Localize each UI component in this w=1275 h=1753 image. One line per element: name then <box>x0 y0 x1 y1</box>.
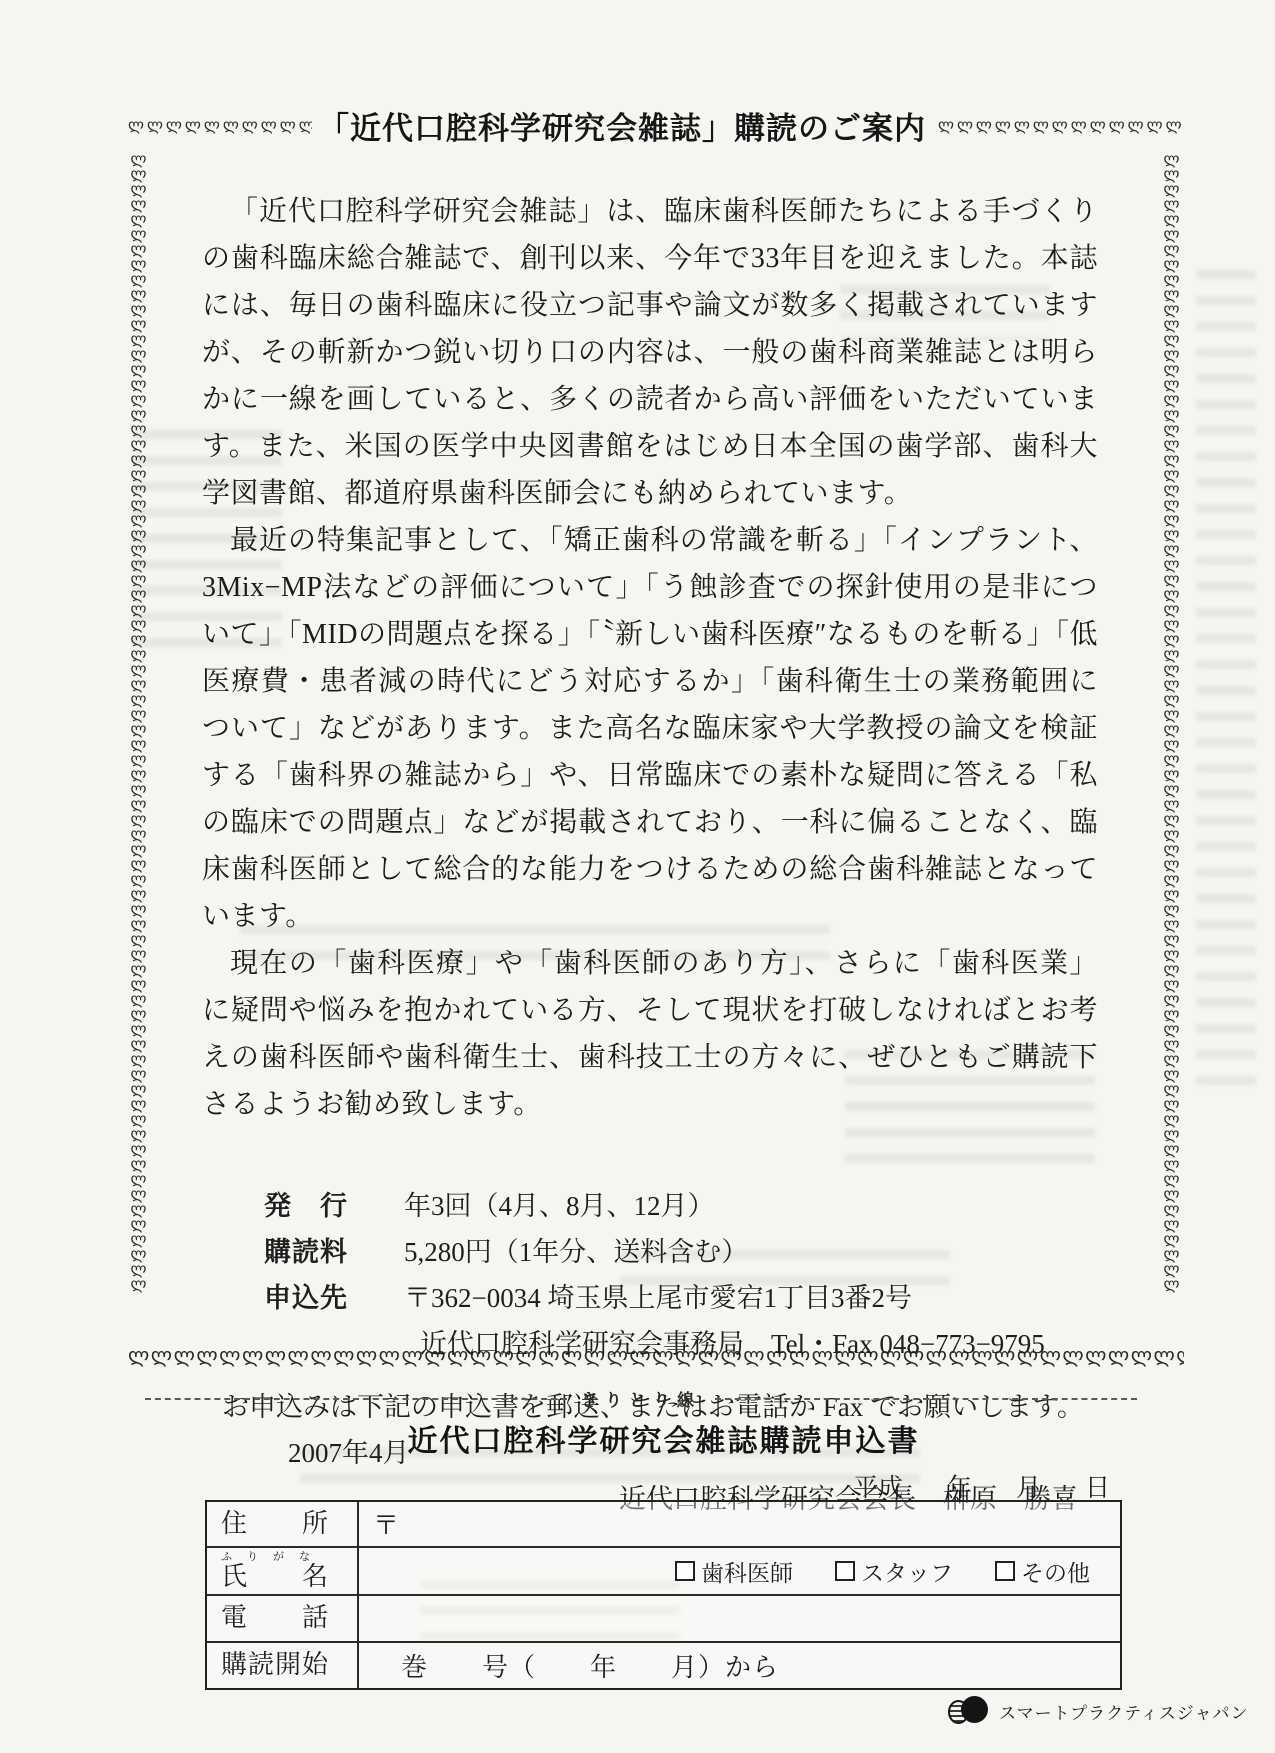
notice-title-row: ლლლლლლლლლლლლ 「近代口腔科学研究会雑誌」購読のご案内 ლლლლლლლ… <box>128 100 1184 150</box>
checkbox-label-staff: スタッフ <box>861 1555 953 1588</box>
cut-here-line: きりとり線 <box>145 1386 1137 1411</box>
info-row-application-address: 申込先〒362−0034 埼玉県上尾市愛宕1丁目3番2号 <box>264 1275 1098 1321</box>
row-header-name: ふ り が な 氏 名 <box>207 1548 359 1594</box>
checkbox-other[interactable] <box>995 1561 1015 1581</box>
info-row-subscription-fee: 購読料5,280円（1年分、送料含む） <box>264 1229 1098 1275</box>
table-row-subscription-start: 購読開始 巻 号（ 年 月）から <box>207 1641 1120 1688</box>
option-dentist: 歯科医師 <box>675 1555 793 1588</box>
info-value: 年3回（4月、8月、12月） <box>404 1191 715 1221</box>
day-label: 日 <box>1085 1468 1110 1504</box>
scanned-subscription-notice: { "doc": { "title": "「近代口腔科学研究会雑誌」購読のご案内… <box>0 0 1275 1753</box>
ornament-border-top-left: ლლლლლლლლლლლლ <box>128 116 312 134</box>
subscription-start-label: 購読開始 <box>221 1651 343 1680</box>
dashed-line-right <box>715 1398 1137 1400</box>
brand-footer: スマートプラクティスジャパン <box>948 1696 1248 1726</box>
subscription-notice-box: ლლლლლლლლლლლლ 「近代口腔科学研究会雑誌」購読のご案内 ლლლლლლლ… <box>128 100 1184 1372</box>
subscription-start-input-area[interactable]: 巻 号（ 年 月）から <box>359 1643 1120 1688</box>
table-row-address: 住 所 〒 <box>207 1502 1120 1546</box>
scan-bleed-artifact <box>1196 270 1256 1090</box>
phone-input-area[interactable] <box>359 1596 1120 1641</box>
table-row-name: ふ り が な 氏 名 歯科医師 スタッフ その他 <box>207 1546 1120 1594</box>
year-label: 年 <box>947 1468 972 1504</box>
info-label: 発 行 <box>264 1183 360 1229</box>
office-contact-text: 近代口腔科学研究会事務局 Tel・Fax 048−773−9795 <box>420 1329 1045 1359</box>
address-input-area[interactable]: 〒 <box>359 1502 1120 1546</box>
info-row-office-contact: 近代口腔科学研究会事務局 Tel・Fax 048−773−9795 <box>264 1321 1098 1367</box>
brand-name: スマートプラクティスジャパン <box>999 1699 1248 1724</box>
paragraph-introduction: 「近代口腔科学研究会雑誌」は、臨床歯科医師たちによる手づくりの歯科臨床総合雑誌で… <box>202 188 1098 517</box>
checkbox-label-other: その他 <box>1021 1555 1090 1588</box>
month-label: 月 <box>1016 1468 1041 1504</box>
name-input-area[interactable]: 歯科医師 スタッフ その他 <box>359 1548 1120 1594</box>
application-form-table: 住 所 〒 ふ り が な 氏 名 歯科医師 スタッフ その他 <box>205 1500 1122 1690</box>
black-circle-glyph <box>961 1696 988 1723</box>
paragraph-featured-articles: 最近の特集記事として、「矯正歯科の常識を斬る」「インプラント、3Mix−MP法な… <box>202 517 1098 940</box>
info-value: 5,280円（1年分、送料含む） <box>404 1237 748 1267</box>
publication-info: 発 行年3回（4月、8月、12月） 購読料5,280円（1年分、送料含む） 申込… <box>264 1183 1098 1367</box>
notice-body: 「近代口腔科学研究会雑誌」は、臨床歯科医師たちによる手づくりの歯科臨床総合雑誌で… <box>202 188 1098 1522</box>
page-title: 「近代口腔科学研究会雑誌」購読のご案内 <box>312 103 938 148</box>
dashed-line-left <box>145 1398 567 1400</box>
form-date-fields: 平成 年 月 日 <box>205 1468 1110 1504</box>
volume-issue-template: 巻 号（ 年 月）から <box>401 1647 779 1684</box>
checkbox-staff[interactable] <box>835 1561 855 1581</box>
postal-mark: 〒 <box>373 1505 399 1542</box>
option-staff: スタッフ <box>835 1555 953 1588</box>
cut-here-label: きりとり線 <box>567 1386 715 1411</box>
paragraph-recommendation: 現在の「歯科医療」や「歯科医師のあり方」、さらに「歯科医業」に疑問や悩みを抱かれ… <box>202 940 1098 1128</box>
option-other: その他 <box>995 1555 1090 1588</box>
furigana-label: ふ り が な <box>221 1551 343 1563</box>
checkbox-dentist[interactable] <box>675 1561 695 1581</box>
row-header-address: 住 所 <box>207 1502 359 1546</box>
address-label: 住 所 <box>221 1510 343 1539</box>
ornament-border-top-right: ლლლლლლლლლლლლლლლლლლ <box>938 116 1184 134</box>
info-label: 申込先 <box>264 1275 360 1321</box>
info-label: 購読料 <box>264 1229 360 1275</box>
name-label: 氏 名 <box>221 1563 343 1592</box>
info-value: 〒362−0034 埼玉県上尾市愛宕1丁目3番2号 <box>404 1283 912 1313</box>
ornament-border-left: ლლლლლლლლლლლლლლლლლლლლლლლლლლლლლლლლლლლლლლლლ… <box>130 152 147 1342</box>
row-header-subscription-start: 購読開始 <box>207 1643 359 1688</box>
era-label: 平成 <box>853 1468 903 1504</box>
ornament-border-right: ლლლლლლლლლლლლლლლლლლლლლლლლლლლლლლლლლლლლლლლლ… <box>1163 152 1180 1342</box>
table-row-phone: 電 話 <box>207 1594 1120 1641</box>
info-row-issue-frequency: 発 行年3回（4月、8月、12月） <box>264 1183 1098 1229</box>
row-header-phone: 電 話 <box>207 1596 359 1641</box>
smart-practice-logo-icon <box>948 1696 990 1726</box>
form-title: 近代口腔科学研究会雑誌購読申込書 <box>205 1416 1122 1460</box>
phone-label: 電 話 <box>221 1604 343 1633</box>
checkbox-label-dentist: 歯科医師 <box>701 1555 793 1588</box>
